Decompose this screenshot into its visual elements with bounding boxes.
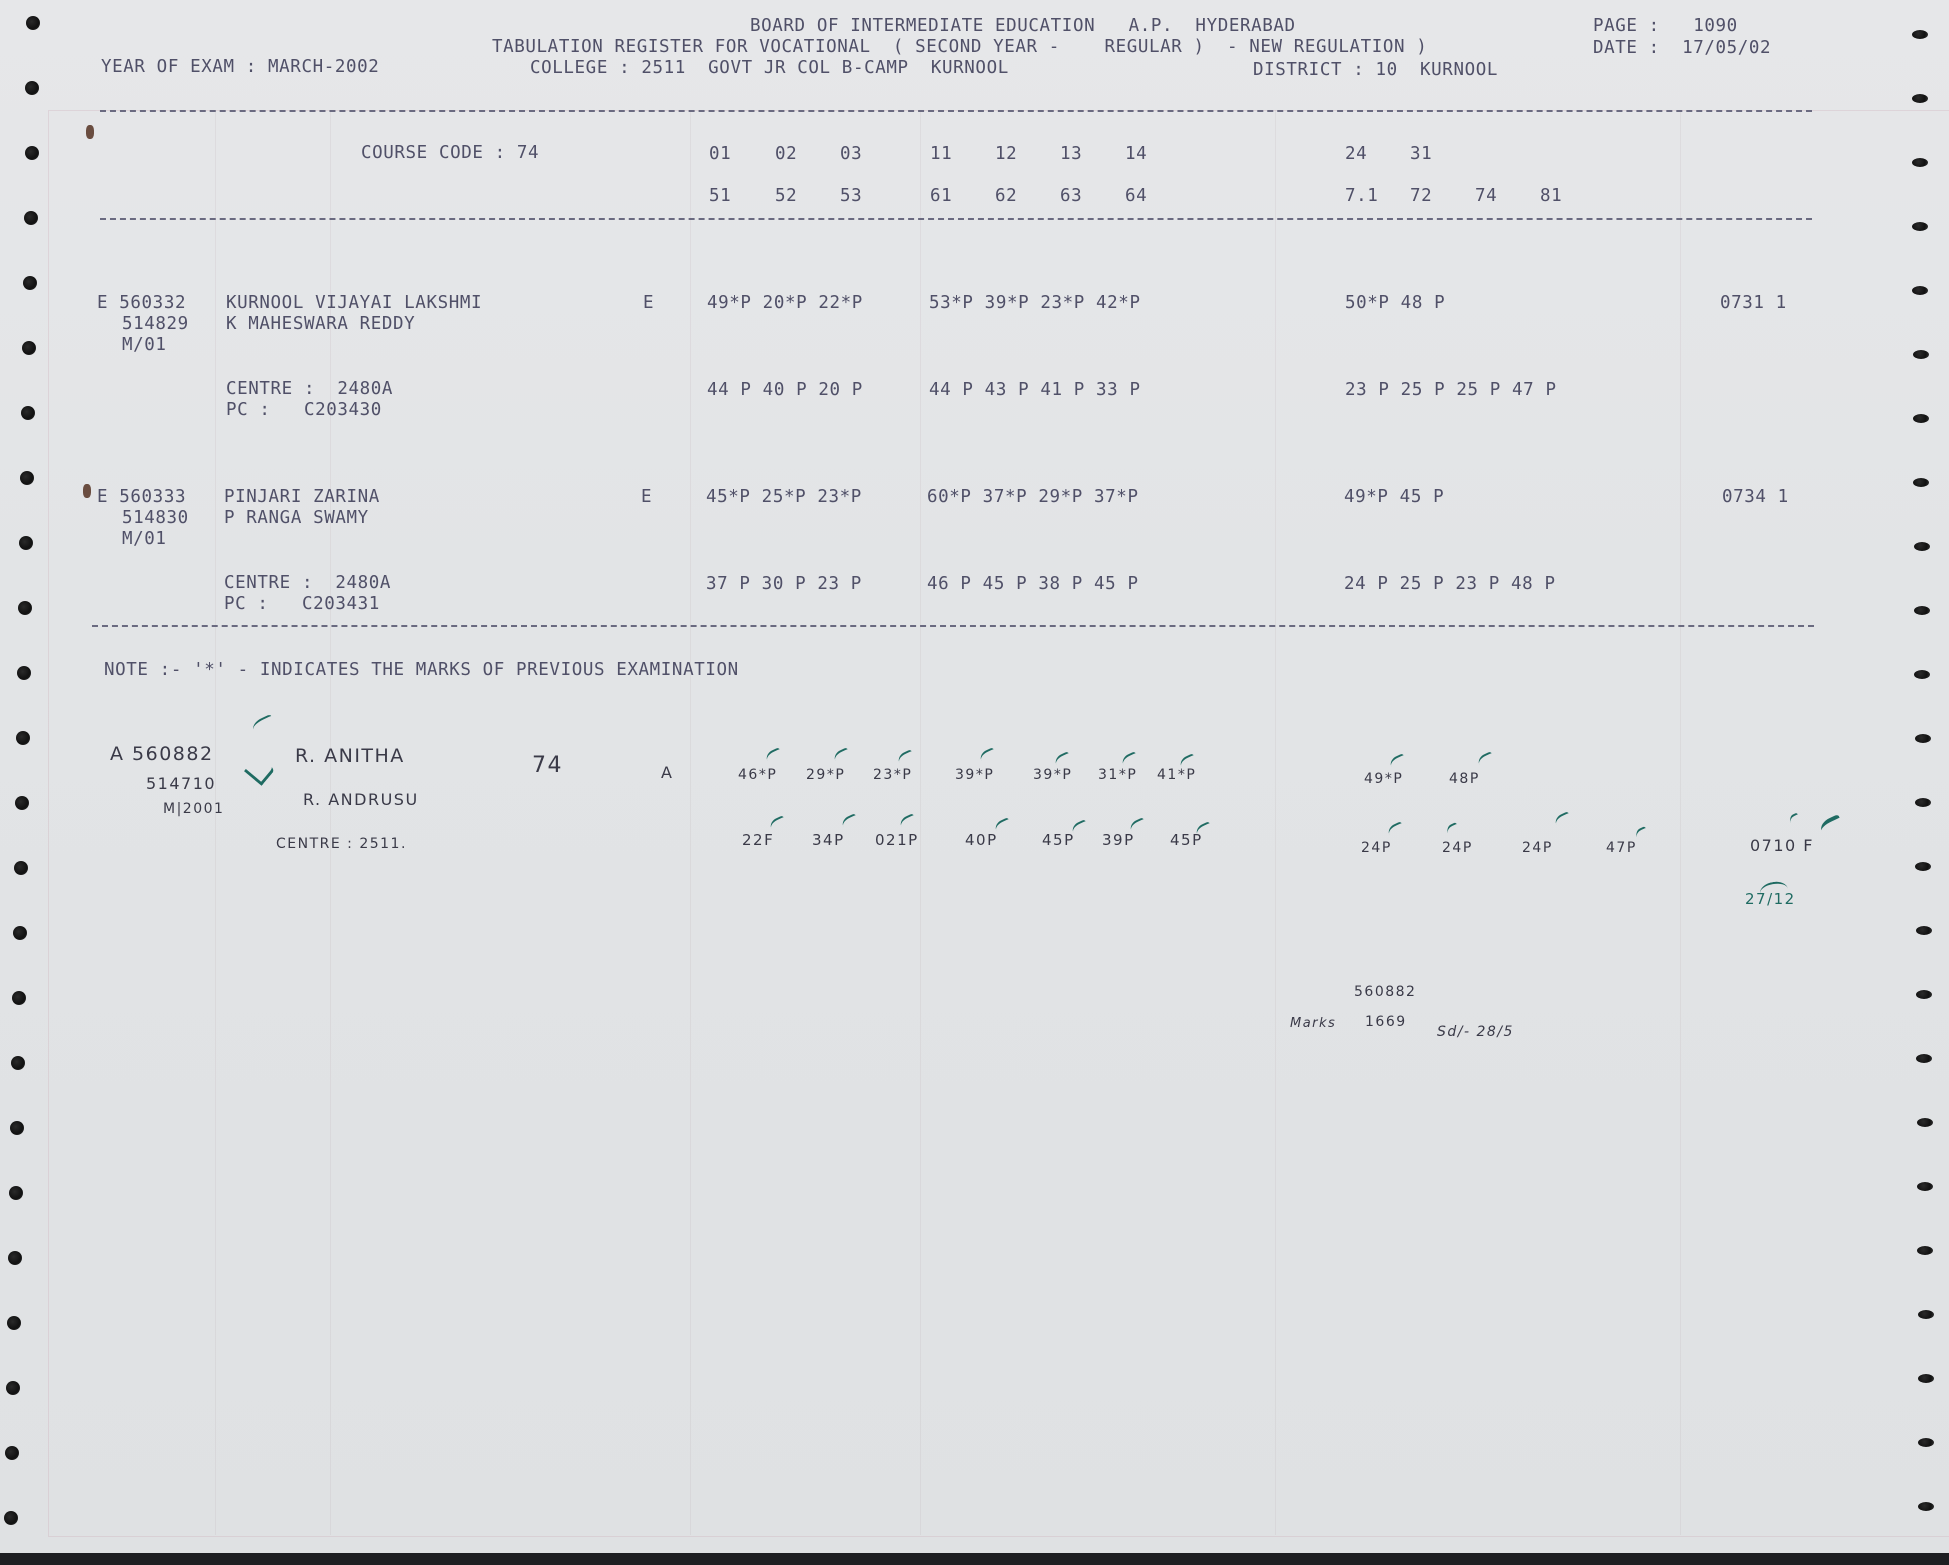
marks-part2-group1: 37 P 30 P 23 P [706,576,862,594]
punch-hole-icon [14,861,28,875]
tabulation-sheet: BOARD OF INTERMEDIATE EDUCATION A.P. HYD… [0,0,1949,1553]
punch-hole-icon [1917,1118,1933,1127]
desk-surface [0,1553,1949,1565]
medium: M/01 [122,531,167,549]
punch-hole-icon [7,1316,21,1330]
hw-mark: 24P [1361,841,1392,855]
form-rule [1275,110,1276,1535]
marks-part2-group2: 46 P 45 P 38 P 45 P [927,576,1139,594]
punch-hole-icon [11,1056,25,1070]
subject-code: 14 [1125,146,1147,164]
form-rule [215,110,216,1535]
print-date: DATE : 17/05/02 [1593,40,1771,58]
hw-father-name: R. ANDRUSU [303,792,419,808]
punch-hole-icon [12,991,26,1005]
punch-hole-icon [1918,1502,1934,1511]
subject-code: 81 [1540,188,1562,206]
register-title: TABULATION REGISTER FOR VOCATIONAL ( SEC… [492,39,1427,57]
form-rule [690,110,691,1535]
punch-hole-icon [1913,350,1929,359]
divider [92,625,1814,627]
punch-hole-icon [1915,798,1931,807]
year-of-exam: YEAR OF EXAM : MARCH-2002 [101,59,379,77]
subject-code: 11 [930,146,952,164]
punch-hole-icon [19,536,33,550]
hw-mark: 46*P [738,768,777,782]
subject-code: 63 [1060,188,1082,206]
register-number: E 560332 [97,295,186,313]
punch-hole-icon [9,1186,23,1200]
punch-hole-icon [13,926,27,940]
total-marks: 0734 1 [1722,489,1789,507]
medium: M/01 [122,337,167,355]
punch-hole-icon [1914,606,1930,615]
marks-part1-group3: 49*P 45 P [1344,489,1444,507]
hw-student-code: 514710 [146,776,216,792]
board-title: BOARD OF INTERMEDIATE EDUCATION A.P. HYD… [750,18,1296,36]
register-number: E 560333 [97,489,186,507]
form-rule [920,110,921,1535]
hw-mark: 47P [1606,841,1637,855]
hw-mark: 23*P [873,768,912,782]
subject-code: 12 [995,146,1017,164]
hw-mark: 31*P [1098,768,1137,782]
student-name: PINJARI ZARINA [224,489,380,507]
total-marks: 0731 1 [1720,295,1787,313]
punch-hole-icon [1916,990,1932,999]
punch-hole-icon [21,406,35,420]
punch-hole-icon [1918,1374,1934,1383]
subject-code: 13 [1060,146,1082,164]
hw-mark: 24P [1522,841,1553,855]
hw-memo-number: 1669 [1365,1015,1407,1029]
marks-part1-group1: 45*P 25*P 23*P [706,489,862,507]
punch-hole-icon [1913,414,1929,423]
punch-hole-icon [1912,286,1928,295]
hw-memo-reg: 560882 [1354,985,1416,999]
pc-number: PC : C203430 [226,402,382,420]
student-code: 514829 [122,316,189,334]
hw-medium: M|2001 [163,802,224,816]
form-rule [1680,110,1681,1535]
punch-hole-icon [24,211,38,225]
hw-course-code: 74 [532,755,563,777]
subject-code: 51 [709,188,731,206]
punch-hole-icon [15,796,29,810]
punch-hole-icon [23,276,37,290]
hw-register-number: A 560882 [110,745,214,764]
punch-hole-icon [1915,734,1931,743]
father-name: K MAHESWARA REDDY [226,316,415,334]
marks-part2-group3: 24 P 25 P 23 P 48 P [1344,576,1556,594]
hw-mark: 39*P [955,768,994,782]
student-name: KURNOOL VIJAYAI LAKSHMI [226,295,482,313]
course-code-label: COURSE CODE : 74 [361,145,539,163]
subject-code: 01 [709,146,731,164]
punch-hole-icon [1914,542,1930,551]
pc-number: PC : C203431 [224,596,380,614]
marks-part1-group3: 50*P 48 P [1345,295,1445,313]
punch-hole-icon [1913,478,1929,487]
punch-hole-icon [1917,1246,1933,1255]
punch-hole-icon [26,16,40,30]
punch-hole-icon [1918,1438,1934,1447]
punch-hole-icon [1912,222,1928,231]
note: NOTE :- '*' - INDICATES THE MARKS OF PRE… [104,662,739,680]
divider [100,218,1812,220]
marks-part2-group3: 23 P 25 P 25 P 47 P [1345,382,1557,400]
staple-mark-icon [86,125,94,139]
hw-mark: 41*P [1157,768,1196,782]
punch-hole-icon [6,1381,20,1395]
college-name: COLLEGE : 2511 GOVT JR COL B-CAMP KURNOO… [530,60,1009,78]
subject-code: 02 [775,146,797,164]
subject-code: 7.1 [1345,188,1378,206]
hw-mark: 48P [1449,772,1480,786]
hw-mark: 39P [1102,833,1135,848]
subject-code: 61 [930,188,952,206]
hw-mark: 49*P [1364,772,1403,786]
student-code: 514830 [122,510,189,528]
hw-centre: CENTRE : 2511. [276,837,407,851]
punch-hole-icon [10,1121,24,1135]
hw-mark: 29*P [806,768,845,782]
district: DISTRICT : 10 KURNOOL [1253,62,1498,80]
punch-hole-icon [25,81,39,95]
marks-part1-group2: 60*P 37*P 29*P 37*P [927,489,1139,507]
punch-hole-icon [20,471,34,485]
punch-hole-icon [4,1511,18,1525]
centre: CENTRE : 2480A [226,381,393,399]
hw-mark: 24P [1442,841,1473,855]
hw-memo-sign-date: Sd/- 28/5 [1437,1025,1514,1039]
divider [100,110,1812,112]
punch-hole-icon [8,1251,22,1265]
punch-hole-icon [1916,1054,1932,1063]
hw-mark: 34P [812,833,845,848]
subject-code: 64 [1125,188,1147,206]
marks-part1-group2: 53*P 39*P 23*P 42*P [929,295,1141,313]
subject-code: 53 [840,188,862,206]
punch-hole-icon [25,146,39,160]
punch-hole-icon [18,601,32,615]
hw-category: A [661,765,673,781]
page-number: PAGE : 1090 [1593,18,1738,36]
hw-mark: 22F [742,833,774,848]
marks-part2-group2: 44 P 43 P 41 P 33 P [929,382,1141,400]
subject-code: 31 [1410,146,1432,164]
subject-code: 52 [775,188,797,206]
punch-hole-icon [1912,94,1928,103]
hw-mark: 39*P [1033,768,1072,782]
punch-hole-icon [22,341,36,355]
punch-hole-icon [1918,1310,1934,1319]
punch-hole-icon [1912,158,1928,167]
subject-code: 74 [1475,188,1497,206]
hw-memo-label: Marks [1290,1017,1336,1030]
punch-hole-icon [1915,862,1931,871]
punch-hole-icon [5,1446,19,1460]
centre: CENTRE : 2480A [224,575,391,593]
subject-code: 62 [995,188,1017,206]
category: E [641,489,652,507]
hw-total: 0710 F [1750,838,1814,854]
hw-student-name: R. ANITHA [295,747,405,766]
hw-mark: 45P [1042,833,1075,848]
subject-code: 24 [1345,146,1367,164]
punch-hole-icon [16,731,30,745]
punch-hole-icon [17,666,31,680]
punch-hole-icon [1912,30,1928,39]
category: E [643,295,654,313]
marks-part1-group1: 49*P 20*P 22*P [707,295,863,313]
punch-hole-icon [1914,670,1930,679]
subject-code: 03 [840,146,862,164]
marks-part2-group1: 44 P 40 P 20 P [707,382,863,400]
father-name: P RANGA SWAMY [224,510,369,528]
hw-mark: 40P [965,833,998,848]
subject-code: 72 [1410,188,1432,206]
staple-mark-icon [83,484,91,498]
hw-mark: 021P [875,833,919,848]
punch-hole-icon [1917,1182,1933,1191]
punch-hole-icon [1916,926,1932,935]
